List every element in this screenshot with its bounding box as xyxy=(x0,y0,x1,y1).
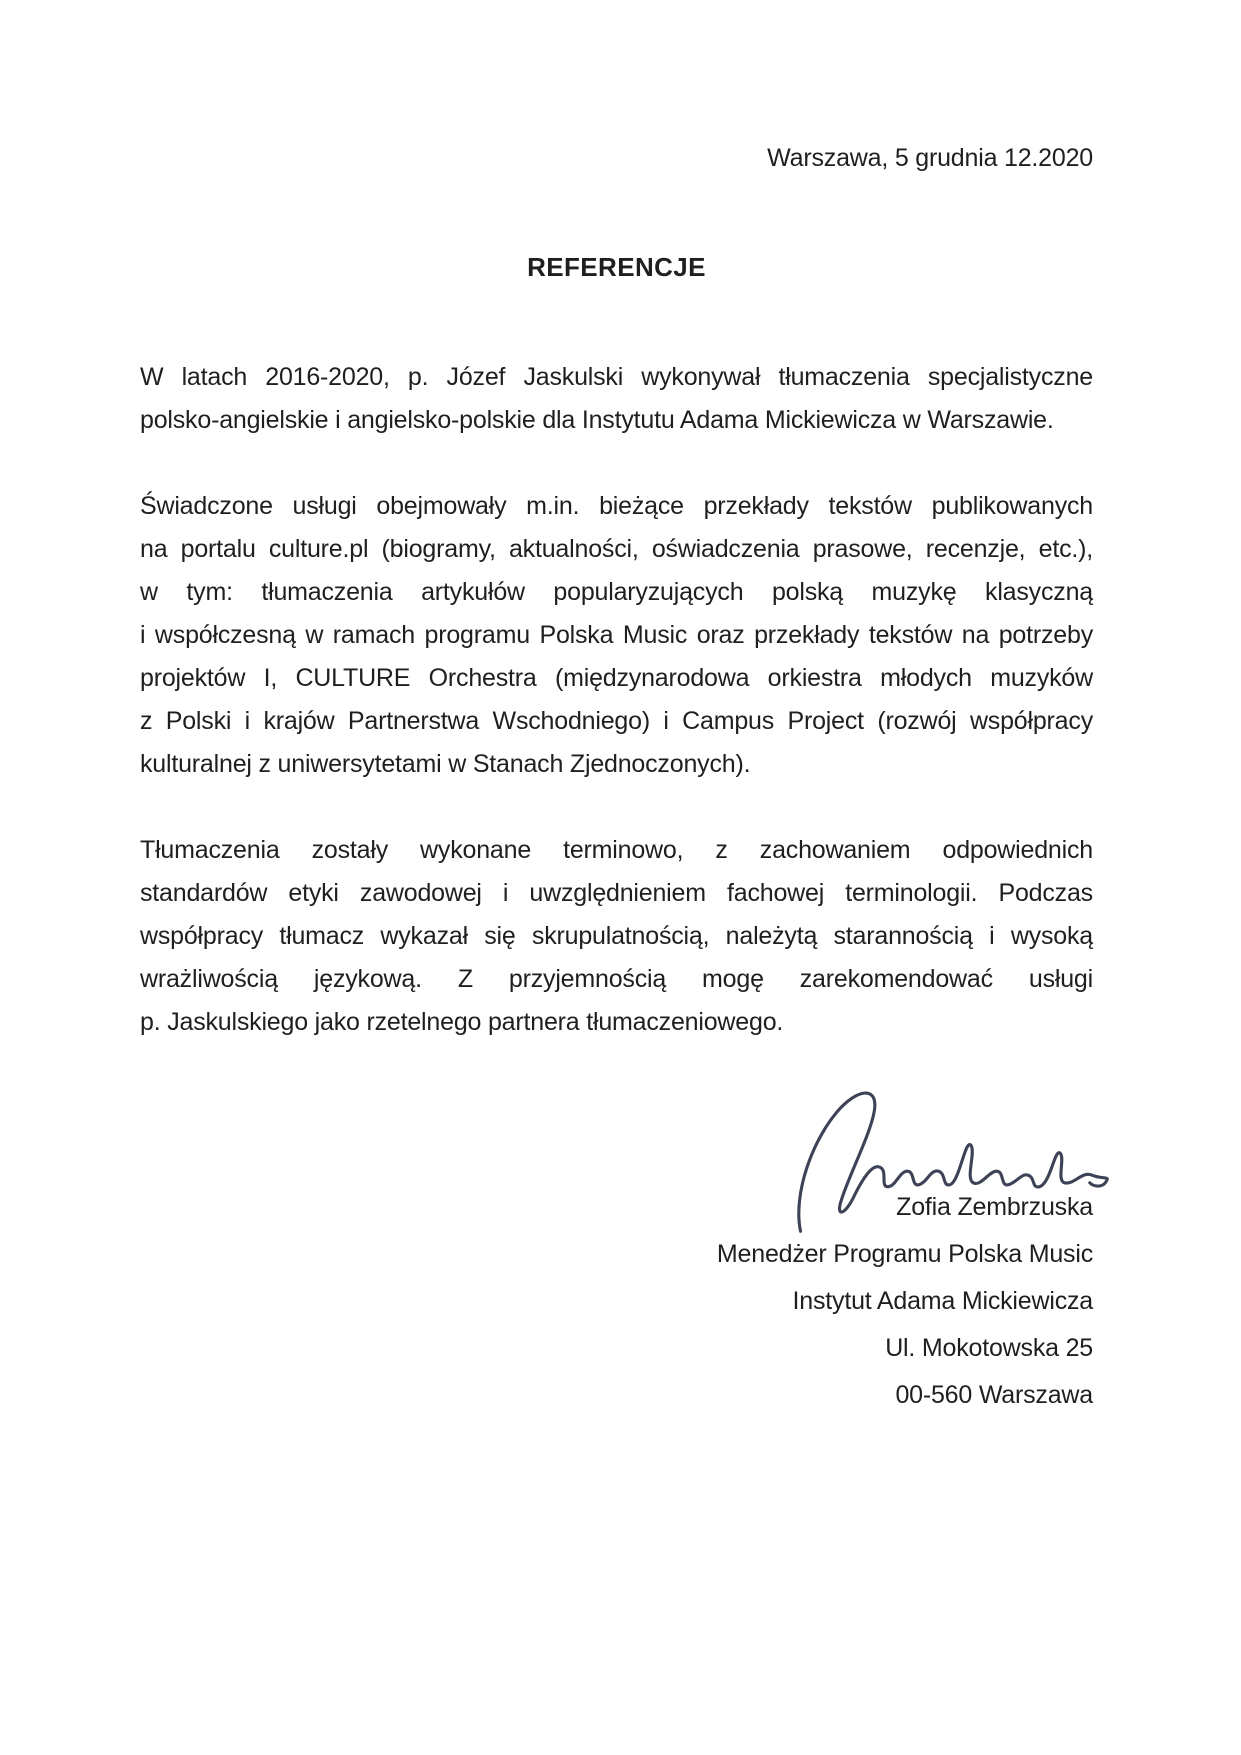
signer-street: Ul. Mokotowska 25 xyxy=(140,1325,1093,1372)
body-line: współpracy tłumacz wykazał się skrupulat… xyxy=(140,915,1093,958)
signer-organization: Instytut Adama Mickiewicza xyxy=(140,1278,1093,1325)
paragraph: Tłumaczenia zostały wykonane terminowo, … xyxy=(140,829,1093,1044)
body-line: kulturalnej z uniwersytetami w Stanach Z… xyxy=(140,743,1093,786)
signer-name: Zofia Zembrzuska xyxy=(140,1184,1093,1231)
body-line: polsko-angielskie i angielsko-polskie dl… xyxy=(140,399,1093,442)
body-line: p. Jaskulskiego jako rzetelnego partnera… xyxy=(140,1001,1093,1044)
body-line: na portalu culture.pl (biogramy, aktualn… xyxy=(140,528,1093,571)
body-line: i współczesną w ramach programu Polska M… xyxy=(140,614,1093,657)
body-line: standardów etyki zawodowej i uwzględnien… xyxy=(140,872,1093,915)
document-page: Warszawa, 5 grudnia 12.2020 REFERENCJE W… xyxy=(0,0,1241,1755)
signature-block: Zofia Zembrzuska Menedżer Programu Polsk… xyxy=(140,1084,1093,1419)
body-line: Świadczone usługi obejmowały m.in. bieżą… xyxy=(140,485,1093,528)
dateline: Warszawa, 5 grudnia 12.2020 xyxy=(140,137,1093,180)
body-line: w tym: tłumaczenia artykułów popularyzuj… xyxy=(140,571,1093,614)
signer-city: 00-560 Warszawa xyxy=(140,1372,1093,1419)
letter-title: REFERENCJE xyxy=(140,246,1093,289)
paragraph: W latach 2016-2020, p. Józef Jaskulski w… xyxy=(140,356,1093,442)
paragraph: Świadczone usługi obejmowały m.in. bieżą… xyxy=(140,485,1093,786)
body-line: Tłumaczenia zostały wykonane terminowo, … xyxy=(140,829,1093,872)
body-line: wrażliwością językową. Z przyjemnością m… xyxy=(140,958,1093,1001)
body-line: projektów I, CULTURE Orchestra (międzyna… xyxy=(140,657,1093,700)
body-line: W latach 2016-2020, p. Józef Jaskulski w… xyxy=(140,356,1093,399)
signer-role: Menedżer Programu Polska Music xyxy=(140,1231,1093,1278)
body-line: z Polski i krajów Partnerstwa Wschodnieg… xyxy=(140,700,1093,743)
